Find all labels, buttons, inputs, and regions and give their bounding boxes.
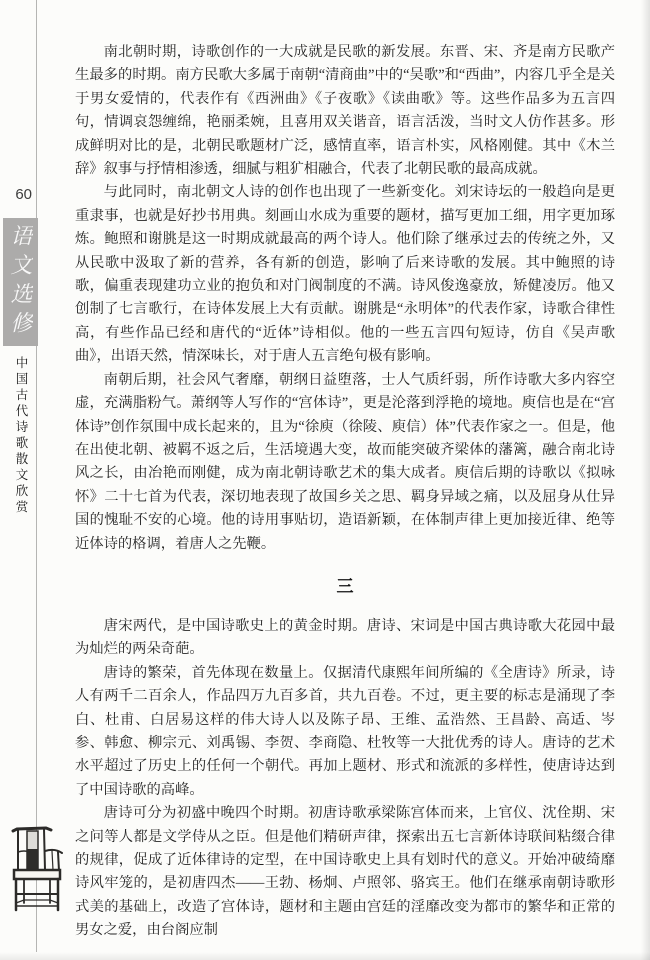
paragraph-tang-song-golden-age: 唐宋两代，是中国诗歌史上的黄金时期。唐诗、宋词是中国古典诗歌大花园中最为灿烂的两… <box>75 615 615 662</box>
paragraph-nanbeichao-folk-songs: 南北朝时期，诗歌创作的一大成就是民歌的新发展。东晋、宋、齐是南方民歌产生最多的时… <box>75 41 615 181</box>
textbook-page: 60 语文选修 中国古代诗歌散文欣赏 <box>0 0 650 960</box>
body-text-column: 南北朝时期，诗歌创作的一大成就是民歌的新发展。东晋、宋、齐是南方民歌产生最多的时… <box>75 41 615 943</box>
paragraph-gongti-yuxin: 南朝后期，社会风气奢靡，朝纲日益堕落，士人气质纤弱，所作诗歌大多内容空虚，充满脂… <box>75 369 615 556</box>
ming-chair-icon <box>8 822 66 914</box>
page-edge-shadow-bottom <box>0 952 650 960</box>
page-edge-shadow-right <box>641 0 650 960</box>
book-title-vertical: 中国古代诗歌散文欣赏 <box>12 356 30 531</box>
page-number: 60 <box>0 186 32 203</box>
paragraph-early-tang-periods: 唐诗可分为初盛中晚四个时期。初唐诗歌承梁陈宫体而来，上官仪、沈佺期、宋之问等人都… <box>75 802 615 942</box>
series-badge: 语文选修 <box>3 218 38 346</box>
paragraph-tang-poetry-prosperity: 唐诗的繁荣，首先体现在数量上。仅据清代康熙年间所编的《全唐诗》所录，诗人有两千二… <box>75 662 615 802</box>
margin-rule-line <box>36 0 37 952</box>
section-heading-three: 三 <box>75 575 615 598</box>
paragraph-literati-poetry: 与此同时，南北朝文人诗的创作也出现了一些新变化。刘宋诗坛的一般趋向是更重隶事，也… <box>75 181 615 368</box>
series-badge-label: 语文选修 <box>5 224 36 340</box>
